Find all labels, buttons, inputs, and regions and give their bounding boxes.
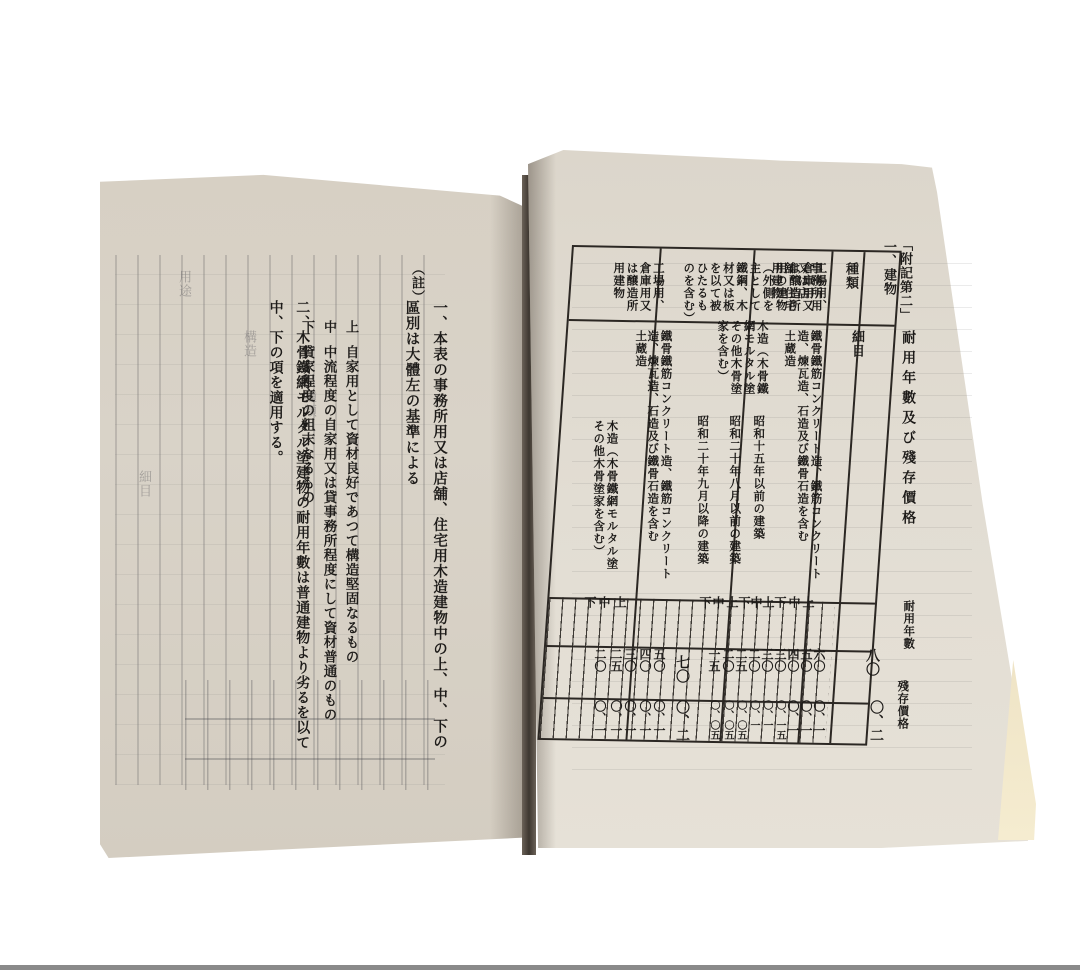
period-pre-1940: 昭和十五年以前の建築 (752, 415, 765, 540)
residual-value: 〇、〇五 (706, 700, 721, 740)
bleed-through-text: 構造 (240, 330, 255, 358)
use-group-factory-clad: 工場用、倉庫用又は醸造所用の建物（外側を主として鐵鋼、木材又は板を以て被ひたるも… (682, 262, 827, 322)
structure-prefix: 土蔵造 (783, 330, 796, 368)
grade-criteria-upper: 自家用として資材良好であつて構造堅固なるもの (342, 345, 358, 664)
bottom-border-bar (0, 965, 1080, 970)
grade-criteria-middle: 中流程度の自家用又は貸事務所程度にして資材普通のもの (320, 345, 336, 722)
grade-label-upper: 上 (342, 320, 357, 334)
header-residual: 殘存價格 (896, 680, 909, 730)
grade-label-middle: 中 (320, 320, 335, 334)
residual-value: 〇、二 (866, 700, 886, 742)
header-category: 種類 (842, 262, 857, 290)
life-value: 五〇 (651, 648, 668, 672)
residual-value: 〇、二 (672, 700, 692, 742)
document-photo: 種類 構造 用途 細目 （註） 一、本表の事務所用又は店舖、住宅用木造建物中の上… (0, 0, 1080, 965)
residual-value: 〇、一 (651, 700, 668, 736)
table-title: 耐用年數及び殘存價格 (900, 330, 916, 530)
header-detail: 細目 (848, 330, 863, 358)
structure-ferroconcrete-factory: 鐵骨鐵筋コンクリート造、鐵筋コンクリート造、煉瓦造、石造及び鐵骨石造を含む (646, 330, 672, 580)
bleed-through-text: 細目 (135, 470, 150, 498)
grade-upper: 上 (612, 596, 629, 608)
note-heading: （註） (408, 262, 423, 304)
structure-ferroconcrete-office: 鐵骨鐵筋コンクリート造、鐵筋コンクリート造、煉瓦造、石造及び鐵骨石造を含む (796, 330, 822, 580)
residual-value: 〇、一 (592, 700, 609, 736)
period-pre-aug-1945: 昭和二十年八月以前の建築 (728, 415, 741, 565)
bleed-through-text: 用途 (175, 270, 190, 298)
use-group-factory: 工場用、倉庫用又は醸造所用建物 (612, 262, 665, 322)
header-useful-life: 耐用年數 (902, 600, 915, 650)
life-value: 七〇 (672, 655, 692, 683)
grade-middle: 中 (596, 596, 613, 608)
life-value: 二〇 (592, 648, 609, 672)
period-post-sep-1945: 昭和二十年九月以降の建築 (696, 415, 709, 565)
grade-upper: 上 (800, 596, 817, 608)
structure-prefix: 土蔵造 (634, 330, 647, 368)
residual-value: 〇、一 (811, 700, 828, 736)
bleed-through-value-grid (185, 680, 435, 790)
life-value: 六〇 (811, 648, 828, 672)
structure-wood-factory: 木造（木骨鐵網モルタル塗その他木骨塗家を含む） (592, 420, 618, 580)
structure-wood-office: 木造（木骨鐵網モルタル塗その他木骨塗家を含む） (716, 320, 769, 405)
life-value: 八〇 (862, 648, 882, 676)
